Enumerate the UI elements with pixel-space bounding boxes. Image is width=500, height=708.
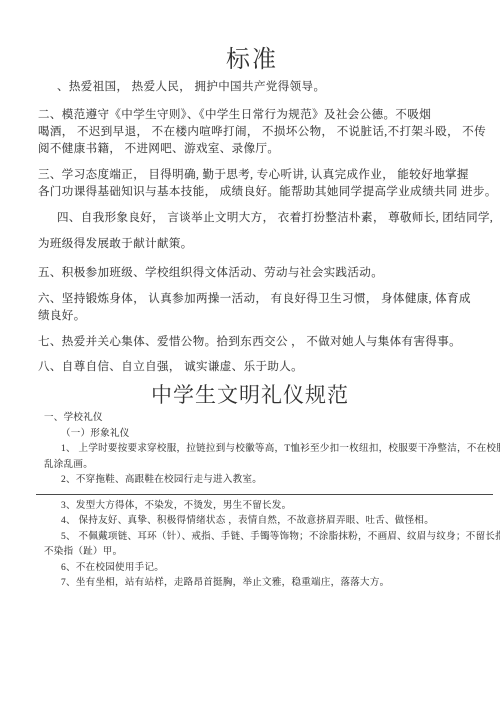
text-line: 喝酒， 不迟到早退， 不在楼内喧哗打闹， 不损坏公物， 不说脏话,不打架斗殴， … — [38, 124, 466, 141]
text-line: 2、不穿拖鞋、高跟鞋在校园行走与进入教室。 — [44, 473, 496, 489]
text-line: 四、自我形象良好， 言谈举止文明大方， 衣着打扮整洁朴素， 尊敬师长, 团结同学… — [38, 210, 466, 227]
text-line: 为班级得发展敢于献计献策。 — [38, 236, 466, 253]
text-line: 一、学校礼仪 — [44, 411, 496, 427]
text-line: 阅不健康书籍， 不进网吧、游戏室、录像厅。 — [38, 141, 466, 158]
document-page: 标准 、热爱祖国， 热爱人民， 拥护中国共产党得领导。 二、模范遵守《中学生守则… — [0, 0, 500, 708]
text-line: 乱涂乱画。 — [44, 458, 496, 474]
text-line: 各门功课得基础知识与基本技能， 成绩良好。能帮助其她同学提高学业成绩共同 进步。 — [38, 184, 466, 201]
section1-title: 标准 — [38, 46, 466, 74]
text-line: 1、 上学时要按要求穿校服，拉链拉到与校徽等高，T恤衫至少扣一枚纽扣，校服要干净… — [44, 442, 496, 458]
text-line: 4、 保持友好、真挚、积极得情绪状态 ，表情自然，不故意挤眉弄眼、吐舌、做怪相。 — [44, 514, 496, 530]
section2-title: 中学生文明礼仪规范 — [0, 382, 500, 408]
text-line: 五、积极参加班级、学校组织得文体活动、劳动与社会实践活动。 — [38, 265, 466, 282]
horizontal-rule — [36, 494, 493, 495]
text-line: （一）形象礼仪 — [44, 427, 496, 443]
text-line: 八、自尊自信、自立自强， 诚实谦虚、乐于助人。 — [38, 359, 466, 376]
text-line: 绩良好。 — [38, 308, 466, 325]
text-line: 七、热爱并关心集体、爱惜公物。拾到东西交公 ， 不做对她人与集体有害得事。 — [38, 334, 466, 351]
etiquette-section: 一、学校礼仪 （一）形象礼仪 1、 上学时要按要求穿校服，拉链拉到与校徽等高，T… — [0, 411, 500, 592]
text-line: 二、模范遵守《中学生守则》、《中学生日常行为规范》及社会公德。不吸烟 — [38, 107, 466, 124]
standards-section: 标准 、热爱祖国， 热爱人民， 拥护中国共产党得领导。 二、模范遵守《中学生守则… — [0, 46, 500, 376]
text-line: 6、不在校园使用手记。 — [44, 561, 496, 577]
text-line: 5、 不佩戴项链、耳环（针）、戒指、手链、手镯等饰物；不涂脂抹粉，不画眉、纹眉与… — [44, 530, 496, 546]
text-line: 三、学习态度端正， 目得明确, 勤于思考, 专心听讲, 认真完成作业， 能较好地… — [38, 167, 466, 184]
text-line: 7、坐有坐相，站有站样，走路昂首挺胸，举止文雅，稳重端庄，落落大方。 — [44, 576, 496, 592]
text-line: 、热爱祖国， 热爱人民， 拥护中国共产党得领导。 — [38, 79, 466, 96]
text-line: 不染指（趾）甲。 — [44, 545, 496, 561]
text-line: 3、发型大方得体，不染发，不烫发，男生不留长发。 — [44, 499, 496, 515]
text-line: 六、坚持锻炼身体， 认真参加两操一活动， 有良好得卫生习惯， 身体健康, 体育成 — [38, 291, 466, 308]
